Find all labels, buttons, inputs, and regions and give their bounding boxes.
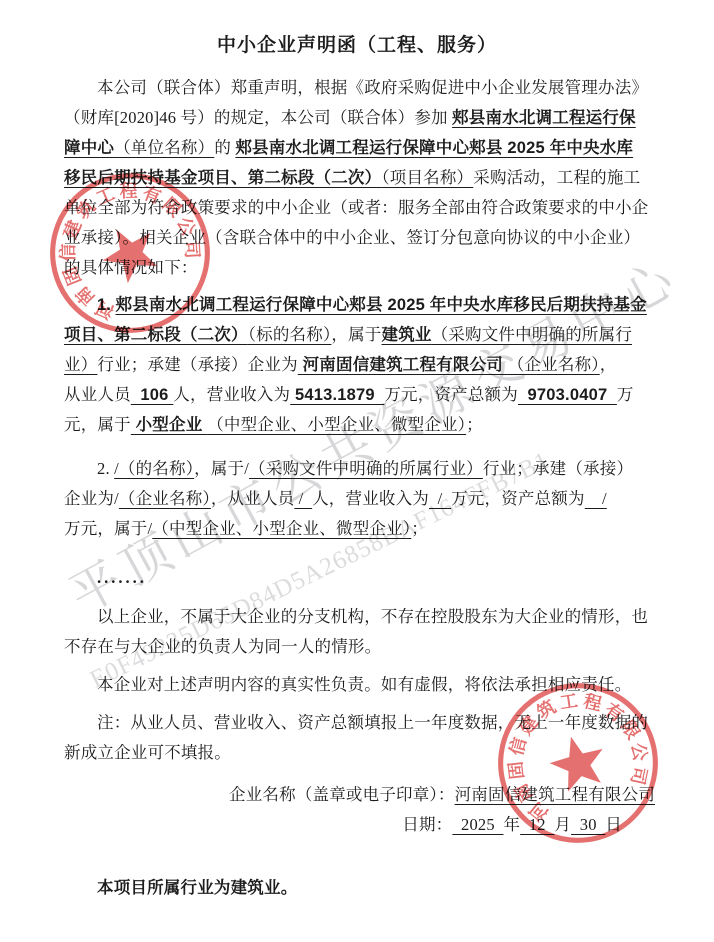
doc-text-run: （中型企业、小型企业、微型企业） xyxy=(152,519,411,538)
doc-text-run: 人，营业收入为 xyxy=(173,385,290,404)
doc-text-run: 行业；承建（承接）企业为 xyxy=(97,355,297,374)
doc-text-run: 9703.0407 xyxy=(518,386,617,404)
doc-text-run: 障中心 xyxy=(64,139,114,157)
doc-text-run: 新成立企业可不填报。 xyxy=(64,743,231,762)
doc-text-run: 万元，资产总额为 xyxy=(451,489,585,508)
doc-text-run: 本项目所属行业为建筑业。 xyxy=(97,879,297,897)
doc-text-run: 2. xyxy=(97,459,114,478)
doc-line: 2. /（的名称），属于/（采购文件中明确的所属行业）行业；承建（承接） xyxy=(64,454,655,484)
doc-line: ....... xyxy=(64,563,655,593)
doc-text-run: /（的名称） xyxy=(114,459,194,478)
doc-text-run: 元，属于 xyxy=(64,415,131,434)
doc-text-run: 以上企业，不属于大企业的分支机构，不存在控股股东为大企业的情形，也 xyxy=(97,607,648,626)
doc-text-run: （企业名称） xyxy=(508,355,600,374)
doc-text-run: 行业；承建（承接） xyxy=(483,459,633,478)
doc-text-run: 5413.1879 xyxy=(290,386,384,404)
doc-text-run: 业） xyxy=(64,355,97,374)
doc-text-run: （标的名称） xyxy=(248,325,332,344)
doc-text-run: 小型企业 xyxy=(131,416,207,434)
doc-text-run: ，属于/ xyxy=(194,459,249,478)
doc-text-run: 的 xyxy=(214,138,235,157)
doc-text-run: （企业名称） xyxy=(119,489,211,508)
doc-text-run: 建筑业 xyxy=(382,326,432,344)
doc-text-run: 日期： xyxy=(402,815,452,834)
doc-text-run: （采购文件中明确的所属行 xyxy=(432,325,632,344)
doc-line: 元，属于 小型企业 （中型企业、小型企业、微型企业）； xyxy=(64,410,655,440)
doc-text-run: ， xyxy=(600,355,617,374)
doc-line: 本公司（联合体）郑重声明，根据《政府采购促进中小企业发展管理办法》 xyxy=(64,73,655,103)
doc-text-run: （单位名称） xyxy=(114,138,214,157)
doc-text-run: ，属于 xyxy=(331,325,381,344)
doc-text-run: 企业名称（盖章或电子印章）： xyxy=(229,785,455,804)
doc-text-run: ； xyxy=(411,519,428,538)
doc-text-run: 万元，属于/ xyxy=(64,519,152,538)
doc-text-run: / xyxy=(429,489,451,508)
doc-text-run: （项目名称） xyxy=(381,168,473,187)
doc-line: （财库[2020]46 号）的规定，本公司（联合体）参加 郏县南水北调工程运行保 xyxy=(64,103,655,133)
doc-line: 业）行业；承建（承接）企业为 河南固信建筑工程有限公司 （企业名称）， xyxy=(64,350,655,380)
doc-text-run: ，从业人员 xyxy=(211,489,295,508)
doc-text-run: / xyxy=(585,489,607,508)
page-title: 中小企业声明函（工程、服务） xyxy=(0,30,714,57)
company-seal-stamp-bottom: 河南固信建筑工程有限公司 xyxy=(493,678,663,848)
doc-text-run: ； xyxy=(466,415,483,434)
doc-text-run: 人，营业收入为 xyxy=(312,489,429,508)
doc-text-run: 企业为/ xyxy=(64,489,119,508)
doc-line: 万元，属于/（中型企业、小型企业、微型企业）； xyxy=(64,514,655,544)
doc-text-run: 郏县南水北调工程运行保障中心郏县 2025 年中央水库 xyxy=(235,139,633,157)
doc-text-run: / xyxy=(294,489,312,508)
doc-text-run: 采购活动，工程的施工 xyxy=(473,168,640,187)
doc-text-run: 河南固信建筑工程有限公司 xyxy=(298,356,508,374)
doc-text-run: 万元，资产总额为 xyxy=(384,385,518,404)
doc-line: 障中心（单位名称）的 郏县南水北调工程运行保障中心郏县 2025 年中央水库 xyxy=(64,133,655,163)
doc-text-run: （中型企业、小型企业、微型企业） xyxy=(207,415,466,434)
doc-line: 本项目所属行业为建筑业。 xyxy=(64,873,655,903)
doc-text-run: 不存在与大企业的负责人为同一人的情形。 xyxy=(64,637,381,656)
doc-text-run: 106 xyxy=(131,386,173,404)
doc-text-run: 万 xyxy=(617,385,634,404)
doc-text-run: 本公司（联合体）郑重声明，根据《政府采购促进中小企业发展管理办法》 xyxy=(97,78,648,97)
declaration-document-page: 平顶山市公共资源交易中心 E0F49235D65D84D5A26858BAF16… xyxy=(0,0,714,942)
doc-text-run: （采购文件中明确的所属行业） xyxy=(249,459,483,478)
doc-text-run: 郏县南水北调工程运行保 xyxy=(452,109,636,127)
doc-line: 不存在与大企业的负责人为同一人的情形。 xyxy=(64,632,655,662)
company-seal-stamp-top: 河南固信建筑工程有限公司 xyxy=(45,168,215,338)
doc-text-run: （财库[2020]46 号）的规定，本公司（联合体）参加 xyxy=(64,108,452,127)
star-icon xyxy=(544,730,611,795)
star-icon xyxy=(93,216,167,289)
doc-line: 企业为/（企业名称），从业人员 / 人，营业收入为 / 万元，资产总额为 / xyxy=(64,484,655,514)
doc-line: 从业人员 106 人，营业收入为 5413.1879 万元，资产总额为 9703… xyxy=(64,380,655,410)
doc-text-run: 从业人员 xyxy=(64,385,131,404)
doc-text-run: ....... xyxy=(97,568,147,587)
doc-line: 以上企业，不属于大企业的分支机构，不存在控股股东为大企业的情形，也 xyxy=(64,602,655,632)
